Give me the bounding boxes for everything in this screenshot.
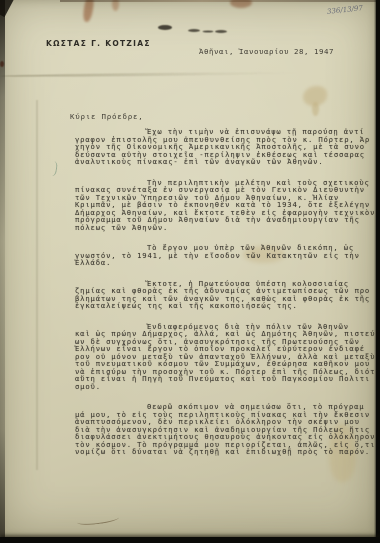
letter-paragraph: Ἔχω τὴν τιμὴν νὰ ἐπισυνάψω τῇ παρούσῃ ἀν…	[75, 128, 377, 166]
letter-line: Ἑλλάδα.	[75, 259, 377, 267]
letter-paragraph: Ἐνδιαφερόμενος διὰ τὴν πόλιν τῶν Ἀθηνῶνκ…	[75, 323, 377, 391]
scan-edge-top	[60, 0, 376, 2]
letter-body: Ἔχω τὴν τιμὴν νὰ ἐπισυνάψω τῇ παρούσῃ ἀν…	[75, 128, 377, 469]
letter-line: νομίζω ὅτι δύναται νὰ ζητηθῇ καὶ ἐπιδιωχ…	[75, 448, 377, 456]
letter-paragraph: Τὴν περιληπτικὴν μελέτην καὶ τοὺς σχετικ…	[75, 179, 377, 232]
salutation: Κύριε Πρόεδρε,	[70, 112, 144, 121]
scanned-letter-page: 336/13/97 ΚΩΣΤΑΣ Γ. ΚΟΤΖΙΑΣ Ἀθῆναι, Ἰανο…	[0, 0, 380, 543]
letter-line: ἀναλυτικοὺς πίνακας- ἐπὶ τῶν ἀναγκῶν τῶν…	[75, 158, 377, 166]
letter-paragraph: Τὸ ἔργον μου ὑπὲρ τῶν Ἀθηνῶν διεκόπη, ὡς…	[75, 244, 377, 267]
letter-line: αὕτη εἶναι ἡ Πηγὴ τοῦ Πνεύματος καὶ τοῦ …	[75, 375, 377, 383]
letter-line: πόλεως τῶν Ἀθηνῶν.	[75, 224, 377, 232]
letter-paragraph: Ἔκτοτε, ἡ Πρωτεύουσα ὑπέστη κολοσσιαίαςζ…	[75, 280, 377, 310]
letterhead-name: ΚΩΣΤΑΣ Γ. ΚΟΤΖΙΑΣ	[46, 39, 151, 48]
scan-edge-right	[374, 0, 380, 543]
dateline: Ἀθῆναι, Ἰανουαρίου 28, 1947	[199, 47, 334, 56]
scan-edge-left	[0, 0, 5, 537]
letter-line: σμοῦ.	[75, 383, 377, 391]
scan-edge-bottom	[0, 537, 380, 543]
letter-line: γνωστόν, τὸ 1941, μὲ τὴν εἴσοδον τῶν Κατ…	[75, 252, 377, 260]
letter-paragraph: Θεωρῶ σκόπιμον νὰ σημειώσω ὅτι, τὸ πρόγρ…	[75, 403, 377, 456]
letter-line: ἐγκαταλείψεώς της καὶ τῆς κακοποιήσεώς τ…	[75, 302, 377, 310]
